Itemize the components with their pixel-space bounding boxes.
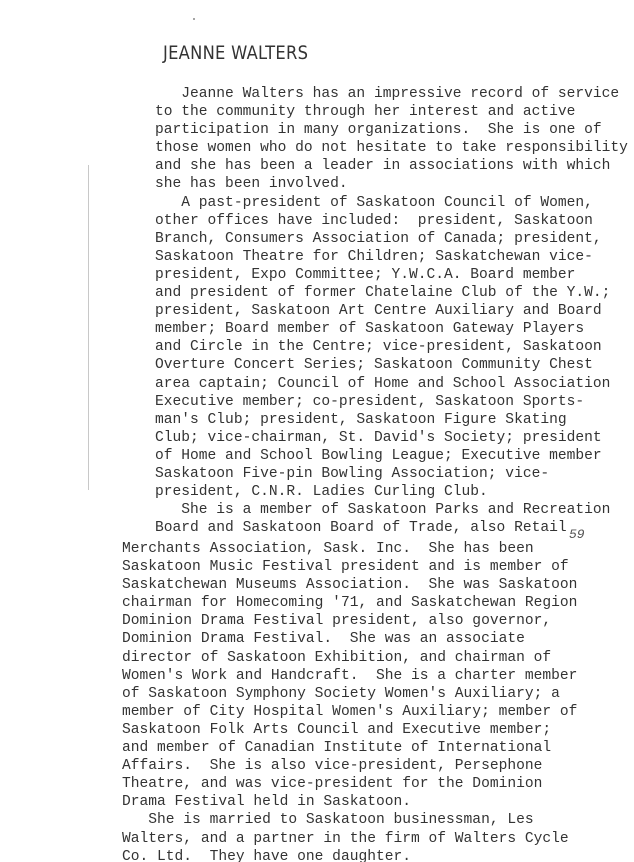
text-line: man's Club; president, Saskatoon Figure … — [155, 411, 628, 429]
text-line: A past-president of Saskatoon Council of… — [155, 194, 628, 212]
text-line: president, Expo Committee; Y.W.C.A. Boar… — [155, 266, 628, 284]
text-line: and Circle in the Centre; vice-president… — [155, 338, 628, 356]
text-line: and member of Canadian Institute of Inte… — [122, 739, 577, 757]
text-line: Theatre, and was vice-president for the … — [122, 775, 577, 793]
text-line: Dominion Drama Festival president, also … — [122, 612, 577, 630]
paper-speck — [193, 18, 195, 20]
text-line: member of City Hospital Women's Auxiliar… — [122, 703, 577, 721]
text-line: of Home and School Bowling League; Execu… — [155, 447, 628, 465]
text-line: Dominion Drama Festival. She was an asso… — [122, 630, 577, 648]
text-line: Women's Work and Handcraft. She is a cha… — [122, 667, 577, 685]
text-line: president, Saskatoon Art Centre Auxiliar… — [155, 302, 628, 320]
document-page: JEANNE WALTERS Jeanne Walters has an imp… — [0, 0, 634, 862]
text-line: Saskatoon Music Festival president and i… — [122, 558, 577, 576]
text-line: Saskatchewan Museums Association. She wa… — [122, 576, 577, 594]
text-line: Board and Saskatoon Board of Trade, also… — [155, 519, 628, 537]
text-line: member; Board member of Saskatoon Gatewa… — [155, 320, 628, 338]
text-line: president, C.N.R. Ladies Curling Club. — [155, 483, 628, 501]
text-line: participation in many organizations. She… — [155, 121, 628, 139]
text-line: Affairs. She is also vice-president, Per… — [122, 757, 577, 775]
margin-line — [88, 165, 89, 490]
text-line: and president of former Chatelaine Club … — [155, 284, 628, 302]
text-line: Branch, Consumers Association of Canada;… — [155, 230, 628, 248]
text-line: Saskatoon Five-pin Bowling Association; … — [155, 465, 628, 483]
text-line: Merchants Association, Sask. Inc. She ha… — [122, 540, 577, 558]
text-line: Overture Concert Series; Saskatoon Commu… — [155, 356, 628, 374]
page-title: JEANNE WALTERS — [163, 42, 308, 64]
text-line: Club; vice-chairman, St. David's Society… — [155, 429, 628, 447]
text-line: chairman for Homecoming '71, and Saskatc… — [122, 594, 577, 612]
text-line: Co. Ltd. They have one daughter. — [122, 848, 577, 862]
text-line: Walters, and a partner in the firm of Wa… — [122, 830, 577, 848]
text-line: Executive member; co-president, Saskatoo… — [155, 393, 628, 411]
text-line: director of Saskatoon Exhibition, and ch… — [122, 649, 577, 667]
text-line: Saskatoon Theatre for Children; Saskatch… — [155, 248, 628, 266]
text-line: she has been involved. — [155, 175, 628, 193]
text-line: She is a member of Saskatoon Parks and R… — [155, 501, 628, 519]
text-line: of Saskatoon Symphony Society Women's Au… — [122, 685, 577, 703]
lower-text-block: Merchants Association, Sask. Inc. She ha… — [122, 540, 577, 862]
text-line: Jeanne Walters has an impressive record … — [155, 85, 628, 103]
text-line: area captain; Council of Home and School… — [155, 375, 628, 393]
text-line: other offices have included: president, … — [155, 212, 628, 230]
text-line: those women who do not hesitate to take … — [155, 139, 628, 157]
text-line: and she has been a leader in association… — [155, 157, 628, 175]
text-line: Saskatoon Folk Arts Council and Executiv… — [122, 721, 577, 739]
text-line: She is married to Saskatoon businessman,… — [122, 811, 577, 829]
text-line: Drama Festival held in Saskatoon. — [122, 793, 577, 811]
upper-text-block: Jeanne Walters has an impressive record … — [155, 85, 628, 537]
text-line: to the community through her interest an… — [155, 103, 628, 121]
